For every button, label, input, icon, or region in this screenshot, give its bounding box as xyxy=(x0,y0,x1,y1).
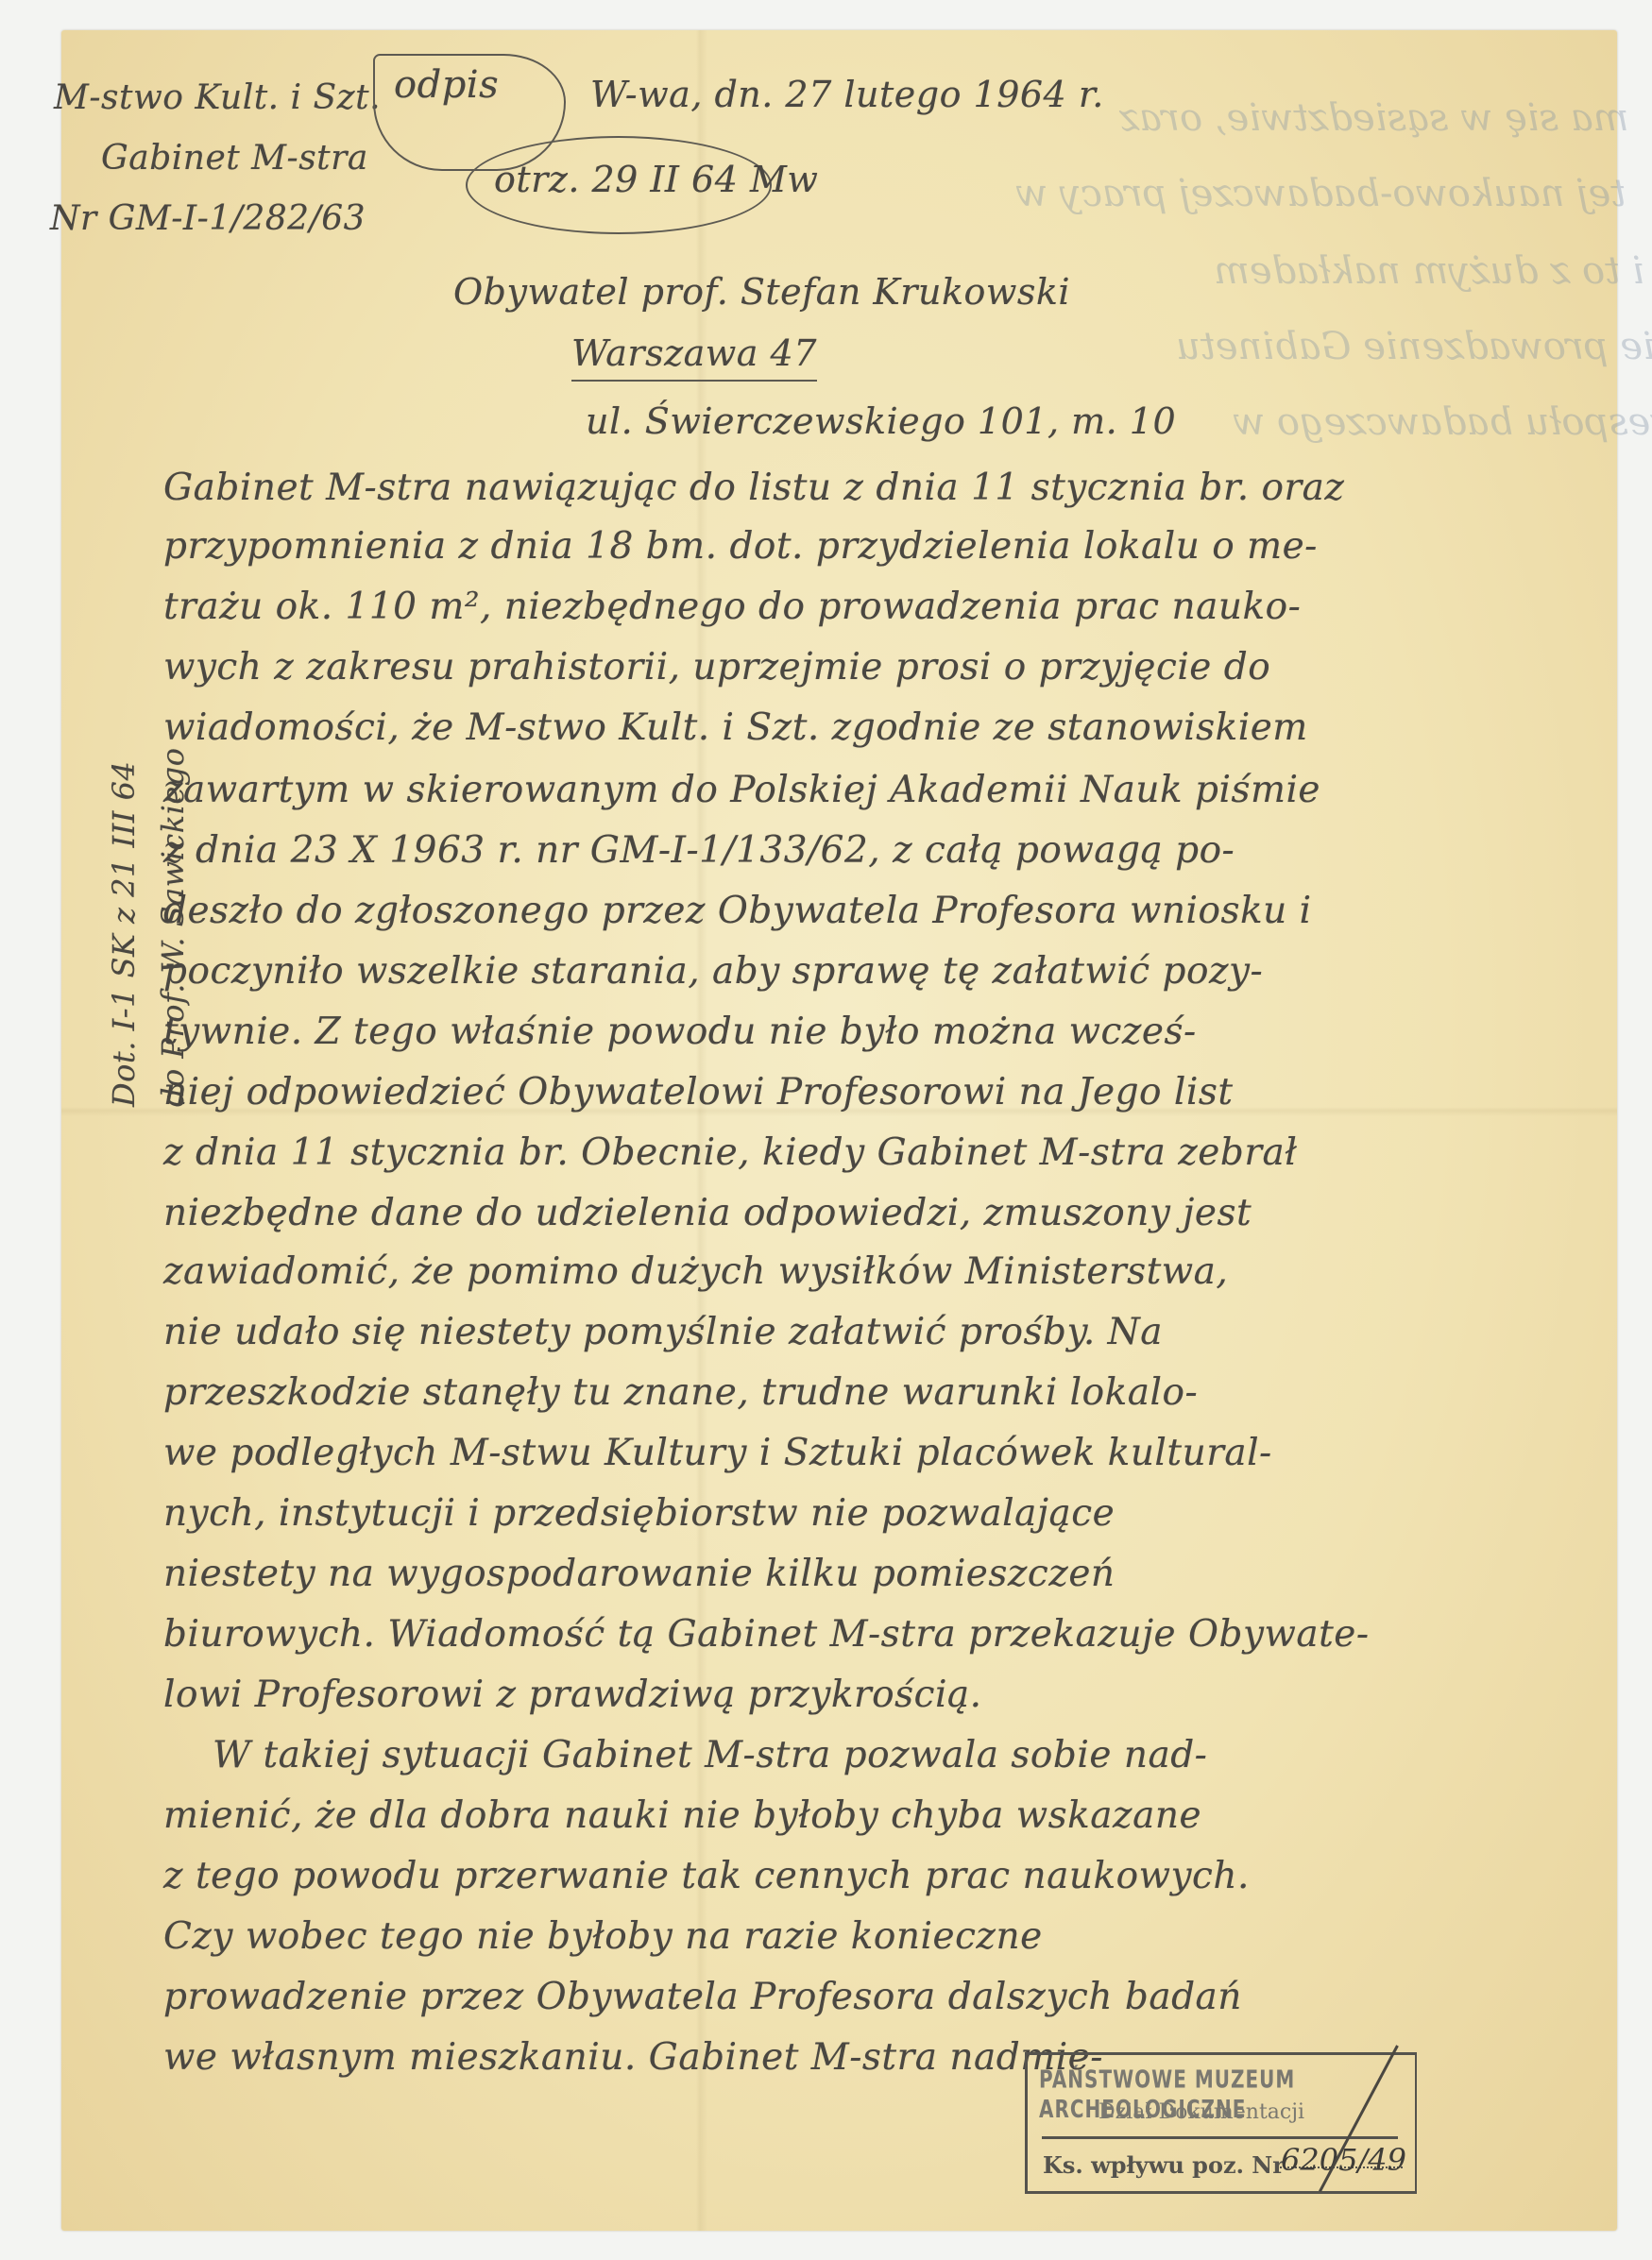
sender-ministry: M-stwo Kult. i Szt. xyxy=(54,68,381,128)
addressee-street: ul. Świerczewskiego 101, m. 10 xyxy=(586,400,1176,442)
addressee-name: Obywatel prof. Stefan Krukowski xyxy=(453,271,1070,313)
received-mark-label: otrz. 29 II 64 Mw xyxy=(494,159,818,200)
body-line: biurowych. Wiadomość tą Gabinet M-stra p… xyxy=(163,1613,1370,1656)
received-mark: otrz. 29 II 64 Mw xyxy=(466,136,772,234)
copy-mark-label: odpis xyxy=(394,63,499,107)
body-line: Czy wobec tego nie byłoby na razie konie… xyxy=(163,1915,1043,1958)
archive-stamp: PAŃSTWOWE MUZEUM ARCHEOLOGICZNE Dział Do… xyxy=(1025,2052,1417,2194)
bleed-through-line: ma się w sąsiedztwie, oraz xyxy=(1119,96,1629,140)
body-line: nie udało się niestety pomyślnie załatwi… xyxy=(163,1311,1163,1353)
body-line: tywnie. Z tego właśnie powodu nie było m… xyxy=(163,1011,1197,1053)
margin-note-line: Dot. I-1 SK z 21 III 64 xyxy=(99,747,148,1107)
body-line: lowi Profesorowi z prawdziwą przykrością… xyxy=(163,1674,982,1716)
bleed-through-line: tej naukowo-badawczej pracy w xyxy=(1015,172,1626,215)
body-line: z tego powodu przerwanie tak cennych pra… xyxy=(163,1855,1250,1897)
body-line: zawiadomić, że pomimo dużych wysiłków Mi… xyxy=(163,1250,1228,1293)
body-line: przypomnienia z dnia 18 bm. dot. przydzi… xyxy=(163,525,1318,568)
body-line: wych z zakresu prahistorii, uprzejmie pr… xyxy=(163,646,1270,688)
body-line: W takiej sytuacji Gabinet M-stra pozwala… xyxy=(213,1734,1207,1776)
letter-date: W-wa, dn. 27 lutego 1964 r. xyxy=(590,74,1104,115)
body-line: z dnia 11 stycznia br. Obecnie, kiedy Ga… xyxy=(163,1131,1297,1174)
body-line: z dnia 23 X 1963 r. nr GM-I-1/133/62, z … xyxy=(163,829,1235,872)
archive-stamp-department: Dział Dokumentacji xyxy=(1098,2100,1304,2124)
body-line: niezbędne dane do udzielenia odpowiedzi,… xyxy=(163,1192,1252,1234)
body-line: we własnym mieszkaniu. Gabinet M-stra na… xyxy=(163,2036,1103,2079)
body-line: nych, instytucji i przedsiębiorstw nie p… xyxy=(163,1492,1115,1535)
body-line: niej odpowiedzieć Obywatelowi Profesorow… xyxy=(163,1071,1234,1113)
body-line: we podległych M-stwu Kultury i Sztuki pl… xyxy=(163,1432,1272,1474)
body-line: trażu ok. 110 m², niezbędnego do prowadz… xyxy=(163,586,1301,628)
reference-number: Nr GM-I-1/282/63 xyxy=(50,189,366,249)
body-line: przeszkodzie stanęły tu znane, trudne wa… xyxy=(163,1371,1198,1414)
body-line: niestety na wygospodarowanie kilku pomie… xyxy=(163,1553,1116,1595)
body-line: poczyniło wszelkie starania, aby sprawę … xyxy=(163,950,1263,993)
bleed-through-line: zespołu badawczego w xyxy=(1233,400,1652,444)
margin-note: Dot. I-1 SK z 21 III 64 do Prof. W. Sawi… xyxy=(99,747,197,1107)
body-line: mienić, że dla dobra nauki nie byłoby ch… xyxy=(163,1794,1201,1837)
letter-page: ma się w sąsiedztwie, oraz tej naukowo-b… xyxy=(61,30,1617,2231)
body-line: wiadomości, że M-stwo Kult. i Szt. zgodn… xyxy=(163,706,1308,749)
archive-stamp-entry-label: Ks. wpływu poz. Nr xyxy=(1043,2151,1285,2179)
addressee-city: Warszawa 47 xyxy=(571,332,817,382)
body-line: zawartym w skierowanym do Polskiej Akade… xyxy=(163,769,1320,811)
sender-office: Gabinet M-stra xyxy=(101,128,368,189)
archive-stamp-divider xyxy=(1042,2136,1398,2139)
body-line: Gabinet M-stra nawiązując do listu z dni… xyxy=(163,467,1344,509)
bleed-through-line: Podobnie prowadzenie Gabinetu xyxy=(1176,325,1652,368)
body-line: prowadzenie przez Obywatela Profesora da… xyxy=(163,1976,1242,2018)
bleed-through-line: i to z dużym nakładem xyxy=(1214,249,1644,293)
margin-note-line: do Prof. W. Sawickiego xyxy=(148,747,197,1107)
body-line: deszło do zgłoszonego przez Obywatela Pr… xyxy=(163,890,1312,932)
